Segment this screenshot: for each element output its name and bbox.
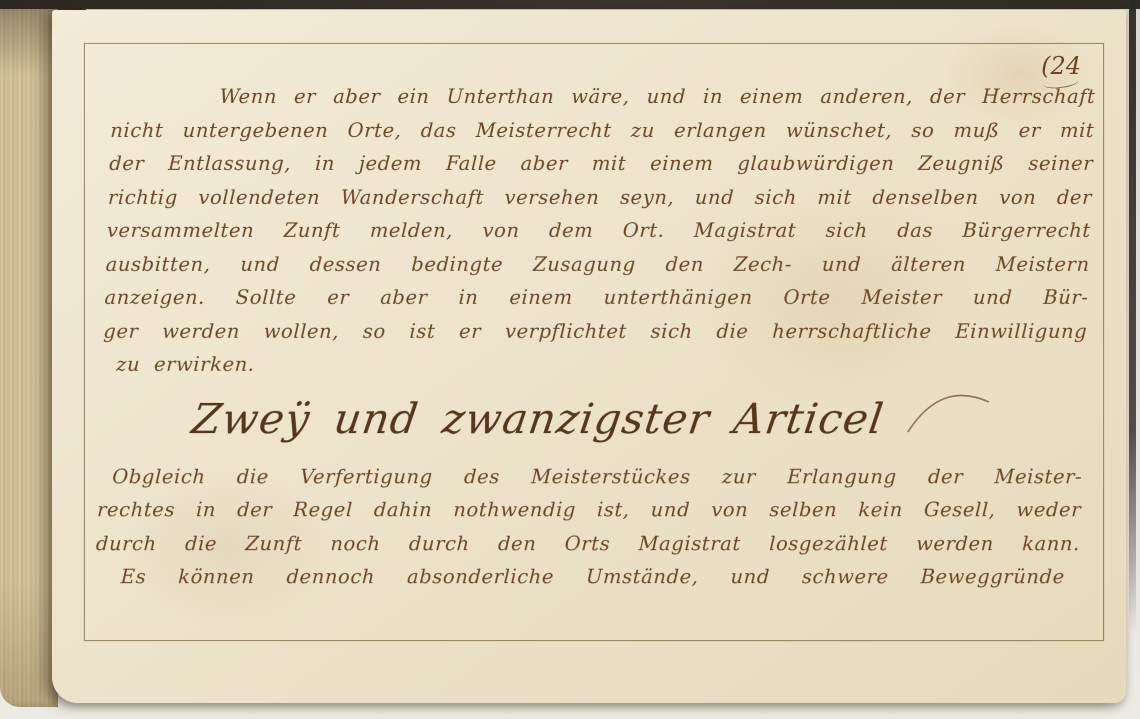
photo-dark-edge-right	[1129, 0, 1136, 633]
manuscript-line: rechtes in der Regel dahin nothwendig is…	[97, 493, 1082, 527]
manuscript-line: der Entlassung, in jedem Falle aber mit …	[109, 147, 1094, 181]
manuscript-line: ger werden wollen, so ist er verpflichte…	[103, 315, 1088, 349]
book-page-edges	[0, 5, 58, 707]
manuscript-line: ausbitten, und dessen bedingte Zusagung …	[105, 248, 1090, 282]
article-heading: Zweÿ und zwanzigster Articel	[189, 394, 887, 443]
manuscript-page: (24 Wenn er aber ein Unterthan wäre, und…	[52, 10, 1126, 703]
manuscript-line: zu erwirken.	[102, 348, 1087, 382]
manuscript-line: Obgleich die Verfertigung des Meisterstü…	[98, 460, 1083, 494]
photo-dark-edge-top	[0, 0, 1140, 9]
manuscript-line: nicht untergebenen Orte, das Meisterrech…	[110, 114, 1095, 148]
manuscript-line: versammelten Zunft melden, von dem Ort. …	[106, 214, 1091, 248]
manuscript-photo: (24 Wenn er aber ein Unterthan wäre, und…	[0, 0, 1140, 719]
paragraph-2: Obgleich die Verfertigung des Meisterstü…	[94, 460, 1083, 594]
manuscript-text-block: Wenn er aber ein Unterthan wäre, und in …	[75, 44, 1114, 640]
manuscript-line: anzeigen. Sollte er aber in einem untert…	[104, 281, 1089, 315]
heading-flourish-icon	[903, 386, 993, 438]
paragraph-1: Wenn er aber ein Unterthan wäre, und in …	[102, 80, 1097, 382]
manuscript-line: Wenn er aber ein Unterthan wäre, und in …	[111, 80, 1096, 114]
manuscript-line: durch die Zunft noch durch den Orts Magi…	[95, 527, 1080, 561]
ruled-border-frame: (24 Wenn er aber ein Unterthan wäre, und…	[84, 43, 1104, 641]
manuscript-line: richtig vollendeten Wanderschaft versehe…	[107, 181, 1092, 215]
manuscript-line: Es können dennoch absonderliche Umstände…	[94, 560, 1079, 594]
article-heading-row: Zweÿ und zwanzigster Articel	[99, 386, 1085, 452]
